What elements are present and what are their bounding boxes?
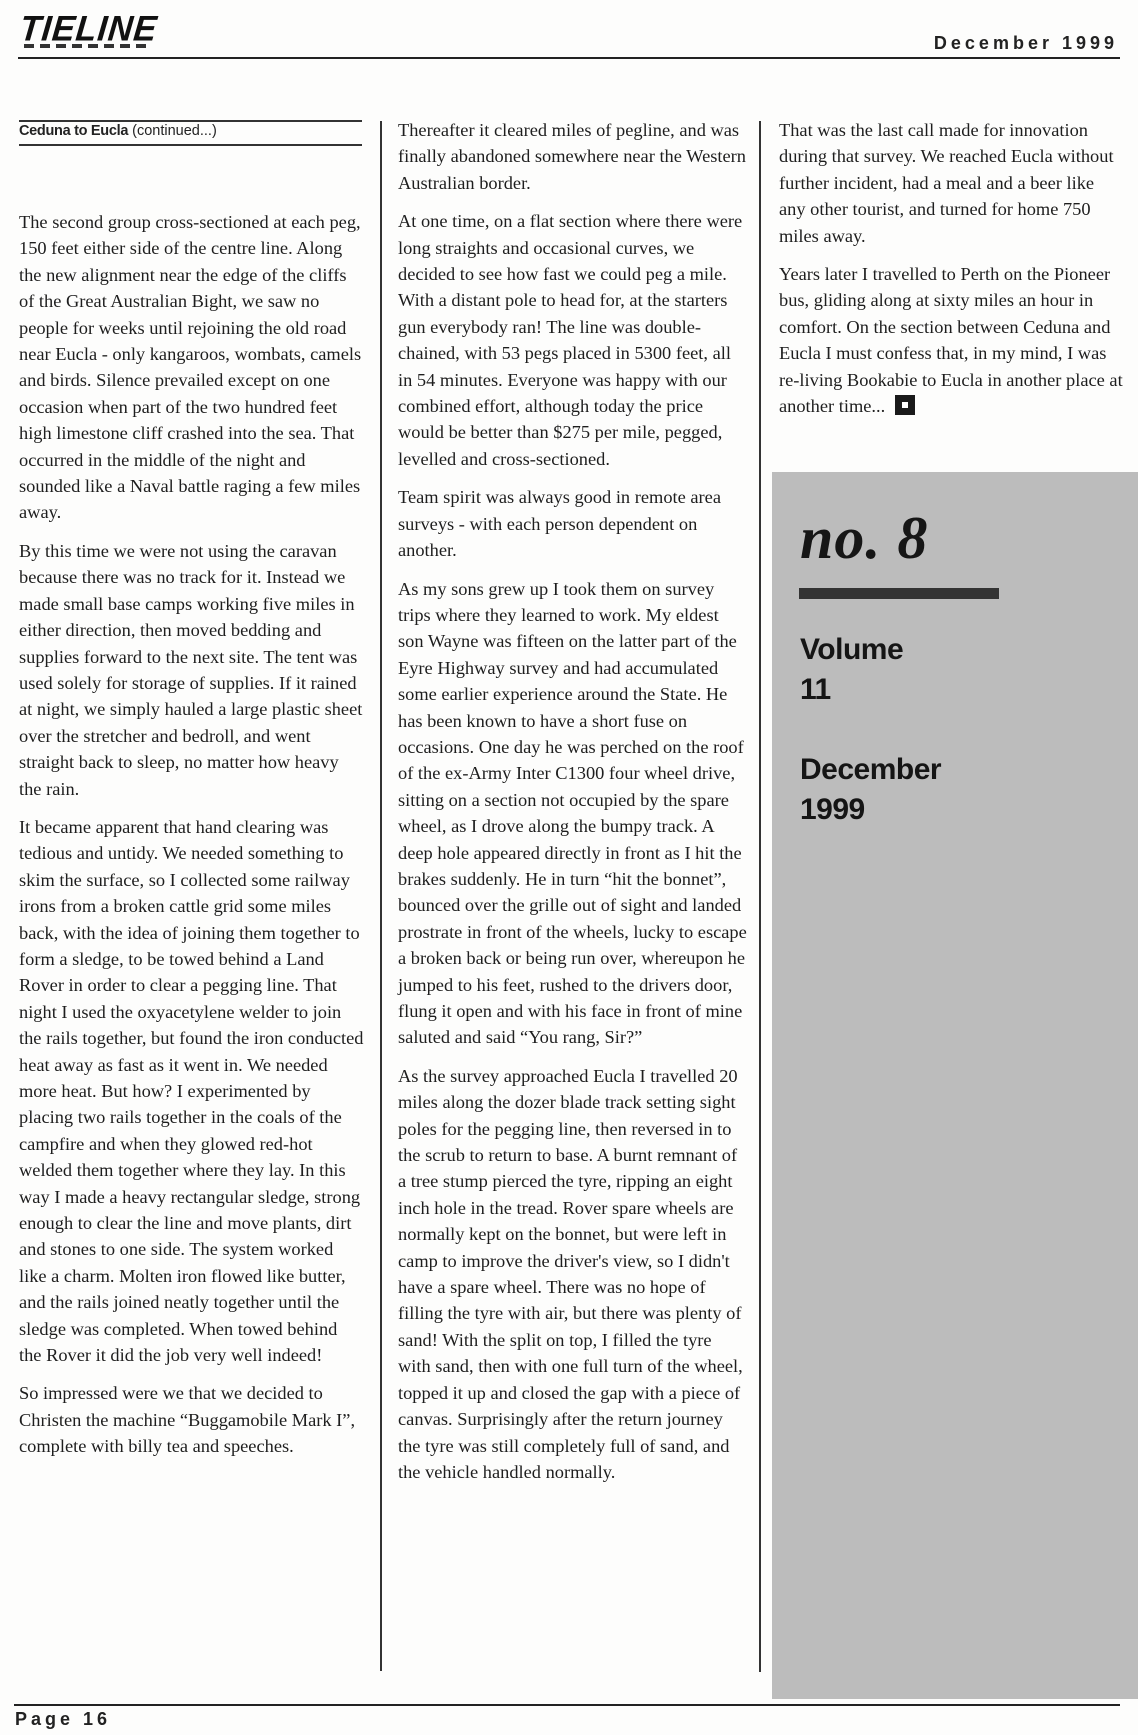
section-heading-rule-bottom: [19, 144, 362, 146]
section-heading: Ceduna to Eucla (continued...): [19, 123, 217, 139]
article-column-right: That was the last call made for innovati…: [779, 117, 1124, 431]
header-rule: [18, 57, 1120, 59]
page-number: Page 16: [15, 1709, 111, 1730]
paragraph: At one time, on a flat section where the…: [398, 208, 748, 472]
volume-block: Volume 11: [800, 630, 903, 710]
column-divider: [759, 121, 761, 1672]
footer-rule: [14, 1704, 1120, 1706]
paragraph: That was the last call made for innovati…: [779, 117, 1124, 249]
volume-label: Volume: [800, 630, 903, 670]
issue-year: 1999: [800, 790, 941, 830]
paragraph: The second group cross-sectioned at each…: [19, 209, 364, 526]
paragraph: Thereafter it cleared miles of pegline, …: [398, 117, 748, 196]
volume-number: 11: [800, 670, 903, 710]
article-column-middle: Thereafter it cleared miles of pegline, …: [398, 117, 748, 1497]
section-heading-continued: (continued...): [128, 123, 217, 139]
section-heading-rule-top: [19, 120, 362, 122]
issue-date-block: December 1999: [800, 750, 941, 830]
paragraph: As the survey approached Eucla I travell…: [398, 1063, 748, 1486]
logo-underline-decoration: [24, 44, 150, 48]
issue-info-box: no. 8 Volume 11 December 1999: [772, 472, 1138, 1699]
paragraph: As my sons grew up I took them on survey…: [398, 576, 748, 1051]
section-heading-title: Ceduna to Eucla: [19, 123, 128, 139]
issue-divider-bar: [799, 588, 999, 599]
column-divider: [380, 121, 382, 1671]
header-date: December 1999: [934, 33, 1118, 54]
paragraph: So impressed were we that we decided to …: [19, 1380, 364, 1459]
paragraph-final-text: Years later I travelled to Perth on the …: [779, 264, 1123, 416]
paragraph-final: Years later I travelled to Perth on the …: [779, 261, 1124, 419]
issue-number: no. 8: [800, 504, 928, 573]
paragraph: By this time we were not using the carav…: [19, 538, 364, 802]
end-of-article-square-icon: [895, 395, 915, 415]
paragraph: Team spirit was always good in remote ar…: [398, 484, 748, 563]
paragraph: It became apparent that hand clearing wa…: [19, 814, 364, 1369]
article-column-left: The second group cross-sectioned at each…: [19, 209, 364, 1472]
issue-month: December: [800, 750, 941, 790]
